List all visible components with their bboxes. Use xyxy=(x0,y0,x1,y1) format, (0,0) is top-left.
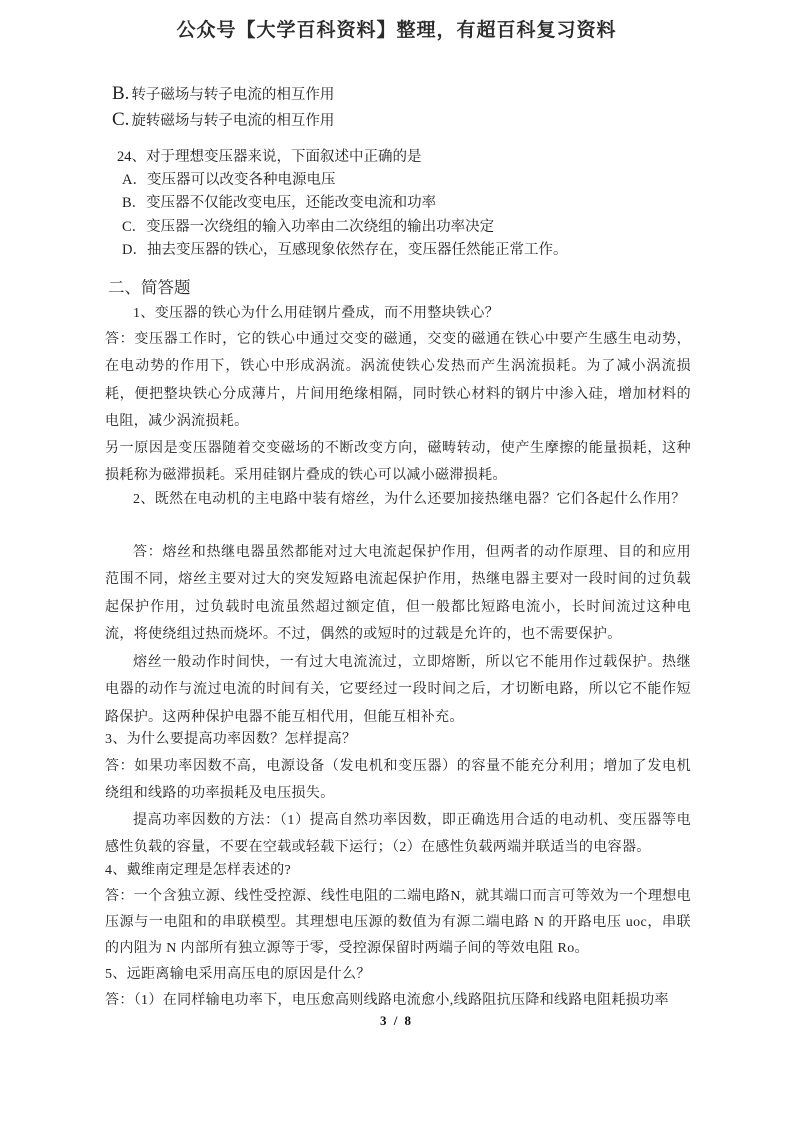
qa-question-1: 1、变压器的铁心为什么用硅钢片叠成，而不用整块铁心？ xyxy=(105,300,691,327)
option-letter: C. xyxy=(112,109,129,130)
option-text: 旋转磁场与转子电流的相互作用 xyxy=(131,113,334,129)
question-24-option-b: B．变压器不仅能改变电压，还能改变电流和功率 xyxy=(117,192,737,215)
choice-option-c: C.旋转磁场与转子电流的相互作用 xyxy=(112,109,334,131)
option-letter: B. xyxy=(112,83,129,104)
document-page: 公众号【大学百科资料】整理，有超百科复习资料 B.转子磁场与转子电流的相互作用 … xyxy=(0,0,793,1122)
question-24-stem: 24、对于理想变压器来说，下面叙述中正确的是 xyxy=(117,146,737,169)
question-24-option-d: D．抽去变压器的铁心，互感现象依然存在，变压器任然能正常工作。 xyxy=(117,239,737,262)
page-number: 3 / 8 xyxy=(0,1013,793,1029)
qa-question-4: 4、戴维南定理是怎样表述的? xyxy=(105,857,691,884)
choice-option-b: B.转子磁场与转子电流的相互作用 xyxy=(112,83,334,105)
qa-answer-1: 答：变压器工作时，它的铁心中通过交变的磁通，交变的磁通在铁心中要产生感生电动势，… xyxy=(105,326,691,435)
qa-question-5: 5、远距离输电采用高压电的原因是什么？ xyxy=(105,961,691,988)
question-24-option-c: C．变压器一次绕组的输入功率由二次绕组的输出功率决定 xyxy=(117,216,737,239)
qa-answer-2: 答：熔丝和热继电器虽然都能对过大电流起保护作用，但两者的动作原理、目的和应用范围… xyxy=(105,539,691,648)
question-24: 24、对于理想变压器来说，下面叙述中正确的是 A．变压器可以改变各种电源电压 B… xyxy=(117,146,737,262)
qa-answer-3b: 提高功率因数的方法：（1）提高自然功率因数，即正确选用合适的电动机、变压器等电感… xyxy=(105,807,691,862)
qa-question-2: 2、既然在电动机的主电路中装有熔丝，为什么还要加接热继电器？它们各起什么作用？ xyxy=(105,486,691,513)
qa-answer-5: 答：（1）在同样输电功率下，电压愈高则线路电流愈小,线路阻抗压降和线路电阻耗损功… xyxy=(105,987,691,1014)
page-header-title: 公众号【大学百科资料】整理，有超百科复习资料 xyxy=(0,15,793,42)
qa-answer-4: 答：一个含独立源、线性受控源、线性电阻的二端电路N，就其端口而言可等效为一个理想… xyxy=(105,884,691,963)
qa-question-3: 3、为什么要提高功率因数？怎样提高？ xyxy=(105,726,691,753)
qa-answer-3: 答：如果功率因数不高，电源设备（发电机和变压器）的容量不能充分利用；增加了发电机… xyxy=(105,753,691,808)
question-24-option-a: A．变压器可以改变各种电源电压 xyxy=(117,169,737,192)
option-text: 转子磁场与转子电流的相互作用 xyxy=(131,87,334,103)
qa-answer-2b: 熔丝一般动作时间快，一有过大电流流过，立即熔断，所以它不能用作过载保护。热继电器… xyxy=(105,649,691,731)
qa-answer-1b: 另一原因是变压器随着交变磁场的不断改变方向，磁畴转动，使产生摩擦的能量损耗，这种… xyxy=(105,435,691,490)
section-heading: 二、简答题 xyxy=(108,274,191,298)
